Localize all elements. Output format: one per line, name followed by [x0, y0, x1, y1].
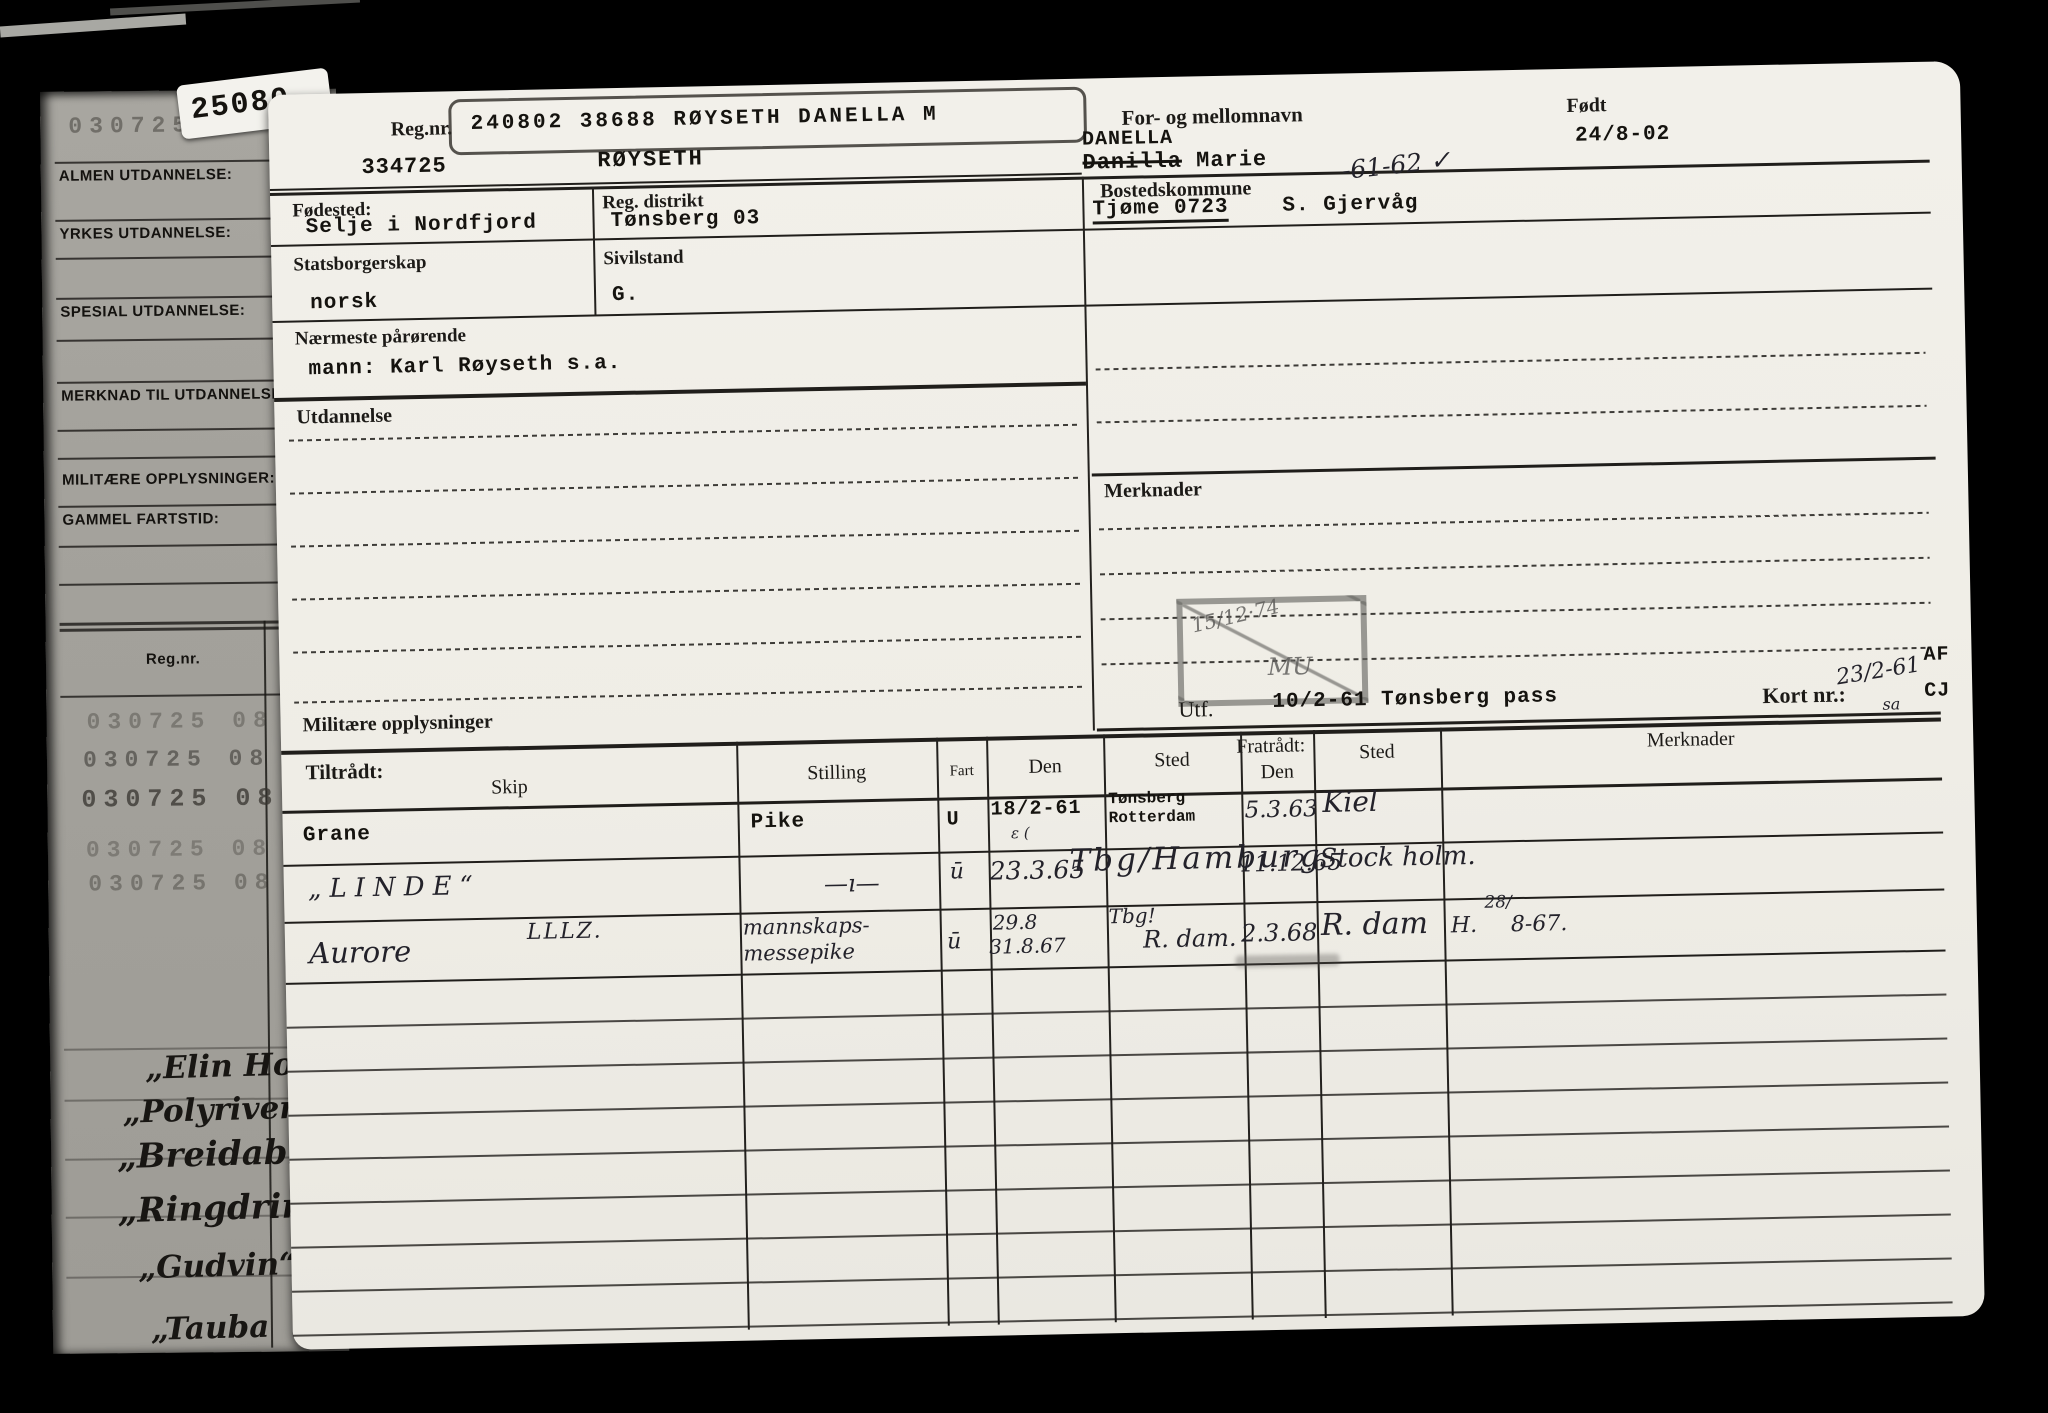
cell-sted-2: Rotterdam — [1109, 808, 1196, 828]
stamped-regnr: 030725 08 — [81, 784, 279, 815]
table-row-line — [287, 993, 1947, 1028]
stamped-regnr: 030725 08 — [83, 746, 270, 774]
cell-sted-1: Tønsberg — [1108, 789, 1185, 809]
table-header-sted: Sted — [1103, 748, 1240, 774]
table-header-fr-sted: Sted — [1313, 740, 1440, 766]
dotted-rule — [291, 530, 1081, 548]
cell-sted-2: R. dam. — [1143, 924, 1237, 954]
stamp-handwritten-initials: MU — [1267, 652, 1312, 681]
civil-status-label: Sivilstand — [603, 247, 684, 271]
rule-heavy — [274, 382, 1086, 402]
rule — [273, 288, 1933, 323]
stamped-regnr: 030725 08 — [86, 708, 273, 736]
municipality-value: Tjøme 0723 — [1092, 196, 1229, 225]
initials-af: AF — [1923, 643, 1949, 667]
cell-merk-2: 8-67. — [1511, 911, 1568, 937]
seaman-register-card: Reg.nr. 240802 38688 RØYSETH DANELLA M 3… — [268, 61, 1985, 1350]
name-typed: DANELLA — [1082, 127, 1173, 152]
next-of-kin-label: Nærmeste pårørende — [295, 325, 467, 350]
cell-ship-note: LLLZ. — [527, 918, 603, 945]
center-divider — [1082, 177, 1095, 731]
cell-stilling-2: messepike — [743, 939, 855, 965]
label-yrkes-utdannelse: YRKES UTDANNELSE: — [59, 224, 231, 243]
cell-fr-sted: R. dam — [1321, 906, 1429, 943]
table-row: „LINDE“ —ı— ū 23.3.65 Tbg/Hamburg 11.12.… — [268, 61, 1960, 95]
card-number: 334725 — [361, 153, 447, 180]
cell-fart: ū — [949, 859, 964, 884]
cell-den: 18/2-61 — [990, 797, 1081, 822]
table-row: Aurore LLLZ. mannskaps- messepike ū 29.8… — [268, 61, 1960, 95]
label-militaere-opplysninger: MILITÆRE OPPLYSNINGER: — [62, 470, 275, 489]
card-no-label: Kort nr.: — [1762, 681, 1846, 709]
card-no-handwritten-2: sa — [1882, 694, 1900, 713]
table-header-fr-den: Den — [1241, 760, 1314, 784]
label-gammel-fartstid: GAMMEL FARTSTID: — [62, 510, 219, 529]
issued-value: 10/2-61 Tønsberg pass — [1272, 685, 1558, 714]
handwritten-ship-name: „Tauba — [150, 1309, 269, 1348]
born-label: Født — [1566, 94, 1606, 118]
cell-fr-sted: Kiel — [1322, 785, 1378, 819]
table-row-line — [290, 1169, 1950, 1204]
table-row-line — [286, 950, 1946, 985]
cell-fart: ū — [947, 929, 962, 954]
born-value: 24/8-02 — [1575, 123, 1671, 148]
cell-den-note: ε ( — [1011, 824, 1030, 842]
issued-label: Utf. — [1178, 696, 1213, 723]
pencil-smudge — [1235, 954, 1339, 968]
next-of-kin-value: mann: Karl Røyseth s.a. — [308, 352, 621, 381]
table-header-den: Den — [986, 754, 1103, 779]
table-row-line — [293, 1301, 1953, 1336]
table-row-line — [288, 1037, 1948, 1072]
scanned-document-page: 030725 ALMEN UTDANNELSE: YRKES UTDANNELS… — [0, 0, 2048, 1413]
table-row-line — [292, 1257, 1952, 1292]
municipality-handwritten-note: -61-62 ✓ — [1340, 145, 1452, 186]
cell-merk-sup: 28/ — [1484, 892, 1512, 913]
table-column-line — [736, 742, 750, 1330]
column-divider-small — [592, 186, 597, 314]
citizenship-value: norsk — [310, 291, 378, 315]
district-value: Tønsberg 03 — [610, 207, 760, 233]
regnr-label: Reg.nr. — [390, 117, 452, 141]
old-card-header-regnr: Reg.nr. — [146, 650, 201, 668]
surname: RØYSETH — [597, 146, 704, 173]
cell-ship: Aurore — [309, 934, 412, 970]
civil-status-value: G. — [612, 284, 640, 308]
remarks-label: Merknader — [1104, 478, 1202, 503]
table-row-line — [291, 1213, 1951, 1248]
cell-ship: Grane — [303, 823, 371, 847]
dotted-rule — [293, 636, 1083, 654]
handwritten-ship-name: „Polyriver — [122, 1090, 296, 1131]
cell-fr-den: 2.3.68 — [1241, 918, 1318, 948]
birthplace-value: Selje i Nordfjord — [305, 212, 537, 240]
dotted-rule — [294, 686, 1084, 704]
dotted-rule — [1096, 352, 1926, 371]
name-rest: Marie — [1196, 147, 1268, 173]
dotted-rule — [1099, 512, 1929, 531]
citizenship-label: Statsborgerskap — [293, 252, 426, 277]
table-row: Grane Pike U 18/2-61 ε ( Tønsberg Rotter… — [268, 61, 1960, 95]
handwritten-ship-name: „Gudvin“ — [138, 1246, 298, 1286]
page-edge-sliver — [0, 14, 186, 38]
cell-stilling: —ı— — [824, 869, 880, 898]
dotted-rule — [1097, 405, 1927, 424]
cell-den-1: 29.8 — [993, 910, 1038, 935]
cell-merk-1: H. — [1451, 913, 1478, 939]
initials-cj: CJ — [1924, 679, 1950, 703]
label-almen-utdannelse: ALMEN UTDANNELSE: — [59, 166, 233, 185]
table-header-fratraadt: Fratrådt: — [1236, 734, 1305, 758]
stamped-regnr: 030725 08 — [88, 870, 275, 898]
education-label: Utdannelse — [296, 405, 392, 430]
table-column-line — [1440, 728, 1454, 1316]
cell-den-2: 31.8.67 — [989, 933, 1066, 959]
name-corrected: Danilla Marie — [1082, 147, 1267, 176]
label-merknad-utdannelse: MERKNAD TIL UTDANNELSE: — [61, 385, 287, 404]
table-header-stilling: Stilling — [737, 760, 937, 787]
dotted-rule — [290, 477, 1080, 495]
cell-stilling-1: mannskaps- — [743, 913, 870, 940]
military-info-label: Militære opplysninger — [302, 711, 493, 738]
label-spesial-utdannelse: SPESIAL UTDANNELSE: — [60, 302, 245, 321]
cell-fr-sted: Stock holm. — [1319, 841, 1476, 874]
table-row-line — [288, 1081, 1948, 1116]
cell-fart: U — [946, 808, 959, 831]
cell-stilling: Pike — [750, 810, 805, 834]
old-card-top-stamp: 030725 — [68, 112, 193, 139]
dotted-rule — [1100, 557, 1930, 576]
table-header-fart: Fart — [937, 763, 987, 781]
table-row-line — [289, 1125, 1949, 1160]
rule-heavy — [1092, 457, 1936, 477]
stamped-regnr: 030725 08 — [86, 836, 273, 864]
cell-ship: „LINDE“ — [308, 871, 481, 904]
card-no-handwritten: 23/2-61 — [1834, 652, 1922, 690]
name-struck: Danilla — [1082, 149, 1182, 176]
cell-fr-den: 5.3.63 — [1244, 796, 1318, 823]
municipality-extra: S. Gjervåg — [1282, 192, 1418, 218]
table-column-line — [986, 737, 1000, 1325]
page-edge-sliver-2 — [110, 0, 360, 16]
dotted-rule — [289, 424, 1079, 442]
dotted-rule — [292, 583, 1082, 601]
